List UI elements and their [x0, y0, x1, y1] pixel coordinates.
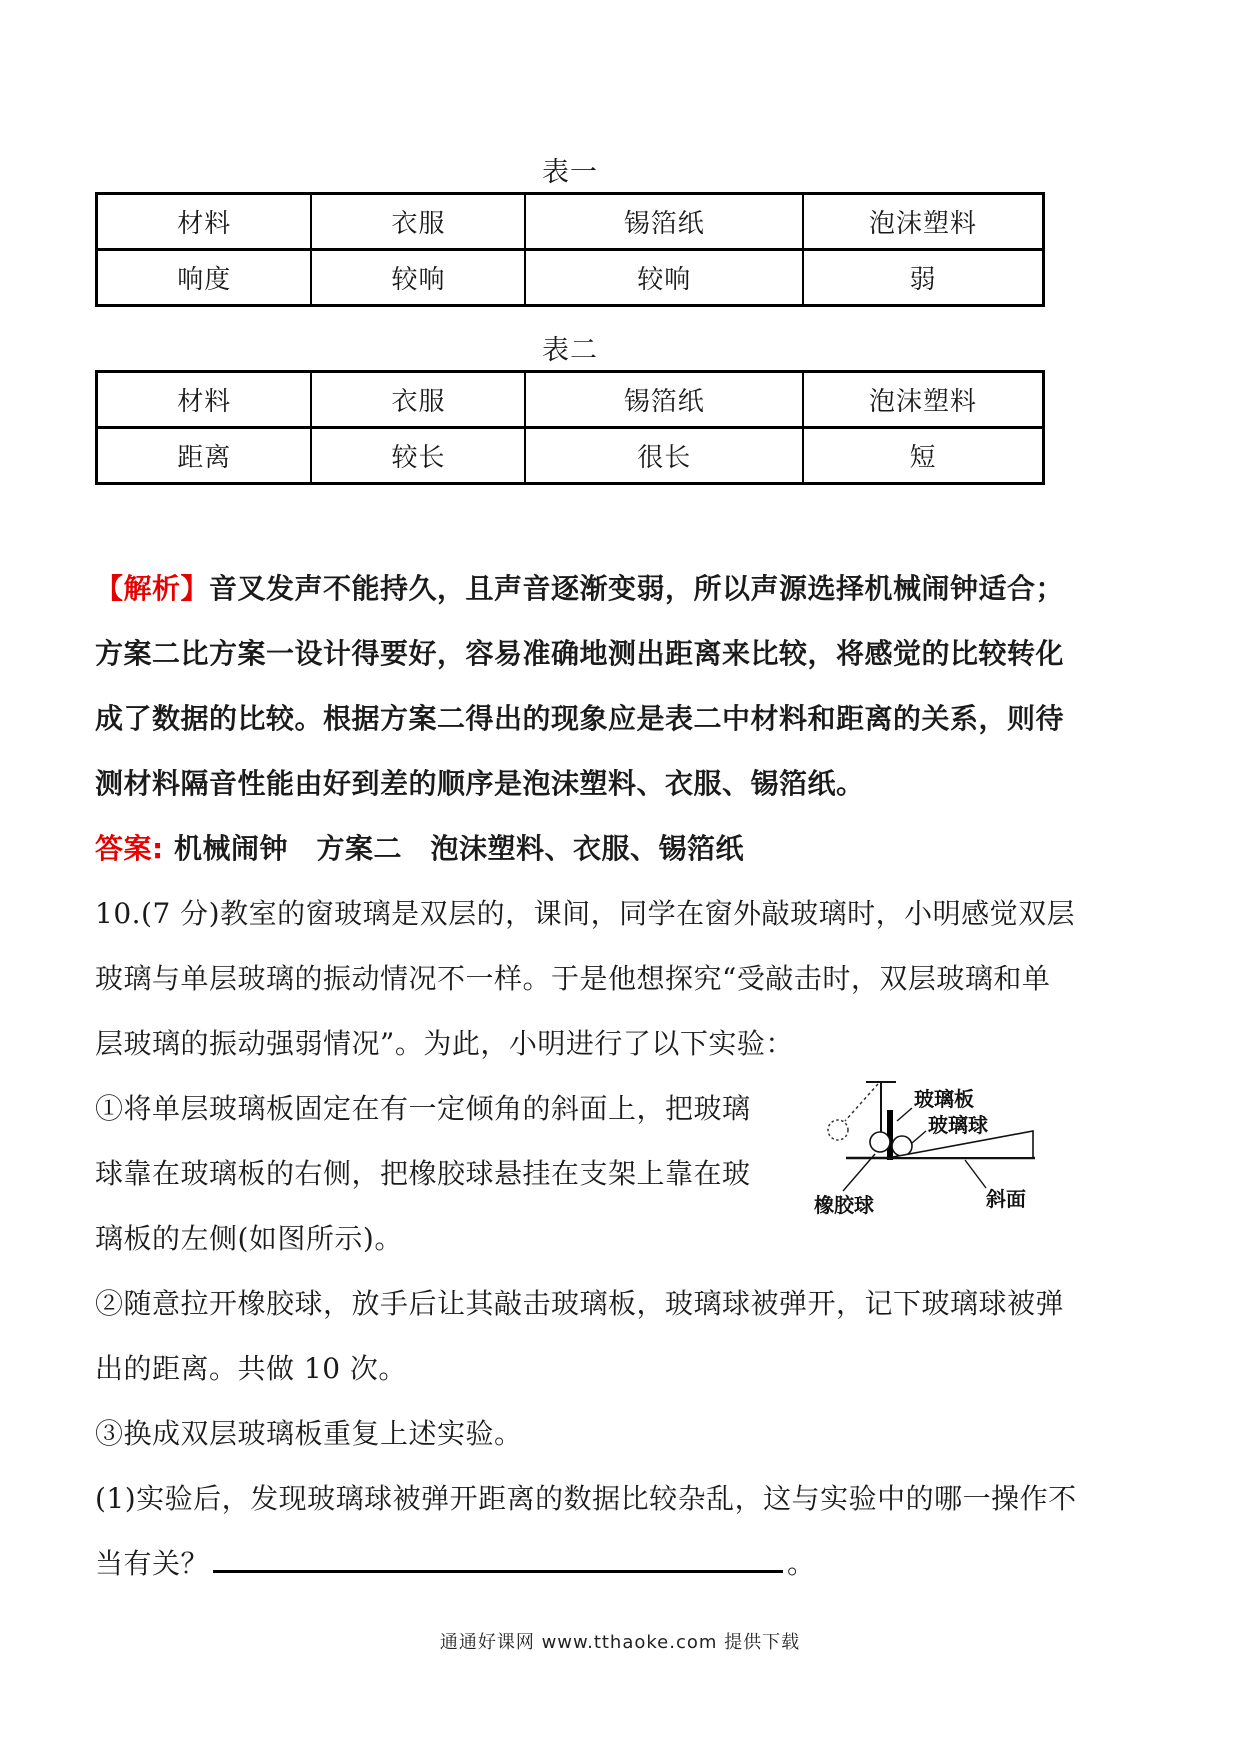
table-1: 材料 衣服 锡箔纸 泡沫塑料 响度 较响 较响 弱 — [95, 192, 1045, 307]
glass-ball-pointer — [912, 1131, 926, 1143]
table-cell: 材料 — [97, 372, 312, 428]
analysis-label: 【解析】 — [95, 572, 209, 605]
table-1-title: 表一 — [95, 150, 1045, 189]
table-cell: 材料 — [97, 194, 312, 250]
rubber-ball-label: 橡胶球 — [814, 1193, 874, 1217]
analysis-line: 成了数据的比较。根据方案二得出的现象应是表二中材料和距离的关系，则待 — [95, 686, 1155, 751]
glass-ball-label: 玻璃球 — [928, 1113, 988, 1137]
table-cell: 响度 — [97, 250, 312, 306]
question-line: ②随意拉开橡胶球，放手后让其敲击玻璃板，玻璃球被弹开，记下玻璃球被弹 — [95, 1271, 1155, 1336]
rubber-ball-pointer — [843, 1154, 875, 1191]
footer-watermark: 通通好课网 www.tthaoke.com 提供下载 — [0, 1628, 1240, 1654]
blank-suffix: 。 — [787, 1547, 816, 1580]
experiment-diagram: 玻璃板 玻璃球 橡胶球 斜面 — [728, 1066, 1040, 1224]
table-cell: 弱 — [803, 250, 1044, 306]
table-row: 材料 衣服 锡箔纸 泡沫塑料 — [97, 372, 1044, 428]
analysis-line: 测材料隔音性能由好到差的顺序是泡沫塑料、衣服、锡箔纸。 — [95, 751, 1155, 816]
table-cell: 泡沫塑料 — [803, 372, 1044, 428]
rubber-ball — [870, 1132, 890, 1152]
table-cell: 短 — [803, 428, 1044, 484]
table-2: 材料 衣服 锡箔纸 泡沫塑料 距离 较长 很长 短 — [95, 370, 1045, 485]
table-cell: 很长 — [525, 428, 802, 484]
question-10-block: 10.(7 分)教室的窗玻璃是双层的，课间，同学在窗外敲玻璃时，小明感觉双层 玻… — [95, 881, 1155, 1596]
table-cell: 泡沫塑料 — [803, 194, 1044, 250]
table-row: 距离 较长 很长 短 — [97, 428, 1044, 484]
incline-label: 斜面 — [986, 1187, 1026, 1211]
worksheet-page: { "colors": { "accent_red": "#e60000", "… — [0, 0, 1240, 1754]
analysis-line: 方案二比方案一设计得要好，容易准确地测出距离来比较，将感觉的比较转化 — [95, 621, 1155, 686]
question-line: 10.(7 分)教室的窗玻璃是双层的，课间，同学在窗外敲玻璃时，小明感觉双层 — [95, 881, 1155, 946]
blank-prefix: 当有关？ — [95, 1547, 209, 1580]
glass-plate-label: 玻璃板 — [914, 1087, 974, 1111]
analysis-block: 【解析】音叉发声不能持久，且声音逐渐变弱，所以声源选择机械闹钟适合； 方案二比方… — [95, 556, 1155, 881]
question-line: 出的距离。共做 10 次。 — [95, 1336, 1155, 1401]
table-cell: 锡箔纸 — [525, 194, 802, 250]
answer-text: 机械闹钟 方案二 泡沫塑料、衣服、锡箔纸 — [174, 832, 744, 865]
table-cell: 较响 — [525, 250, 802, 306]
table-cell: 较响 — [311, 250, 525, 306]
analysis-text: 音叉发声不能持久，且声音逐渐变弱，所以声源选择机械闹钟适合； — [209, 572, 1064, 605]
question-line: 玻璃与单层玻璃的振动情况不一样。于是他想探究“受敲击时，双层玻璃和单 — [95, 946, 1155, 1011]
table-cell: 锡箔纸 — [525, 372, 802, 428]
table-row: 响度 较响 较响 弱 — [97, 250, 1044, 306]
question-blank-line: 当有关？。 — [95, 1531, 1155, 1596]
incline-pointer — [965, 1160, 986, 1188]
table-2-title: 表二 — [95, 328, 1045, 367]
glass-ball — [892, 1136, 912, 1156]
table-cell: 衣服 — [311, 194, 525, 250]
answer-line: 答案: 机械闹钟 方案二 泡沫塑料、衣服、锡箔纸 — [95, 816, 1155, 881]
table-cell: 较长 — [311, 428, 525, 484]
question-line: (1)实验后，发现玻璃球被弹开距离的数据比较杂乱，这与实验中的哪一操作不 — [95, 1466, 1155, 1531]
glass-plate-pointer — [897, 1108, 912, 1121]
fill-in-blank — [213, 1537, 783, 1573]
table-cell: 距离 — [97, 428, 312, 484]
question-line: ③换成双层玻璃板重复上述实验。 — [95, 1401, 1155, 1466]
table-row: 材料 衣服 锡箔纸 泡沫塑料 — [97, 194, 1044, 250]
analysis-line: 【解析】音叉发声不能持久，且声音逐渐变弱，所以声源选择机械闹钟适合； — [95, 556, 1155, 621]
rubber-ball-dashed-position — [828, 1084, 878, 1140]
answer-label: 答案: — [95, 832, 164, 865]
table-cell: 衣服 — [311, 372, 525, 428]
